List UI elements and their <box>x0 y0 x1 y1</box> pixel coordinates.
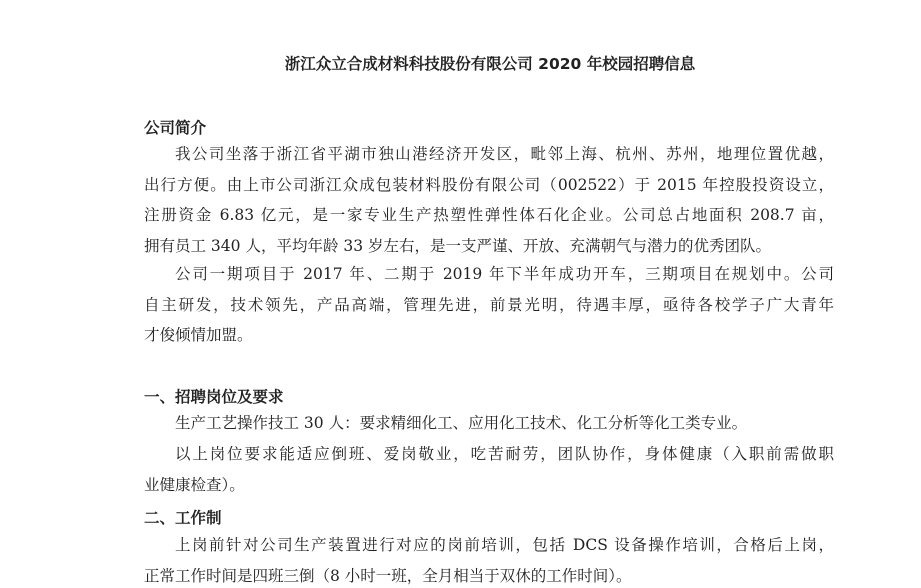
text-line: 才俊倾情加盟。 <box>144 320 834 351</box>
text-line: 自主研发，技术领先，产品高端，管理先进，前景光明，待遇丰厚，亟待各校学子广大青年 <box>144 290 834 321</box>
text-line: 注册资金 6.83 亿元，是一家专业生产热塑性弹性体石化企业。公司总占地面积 2… <box>144 200 834 231</box>
text-line: 我公司坐落于浙江省平湖市独山港经济开发区，毗邻上海、杭州、苏州，地理位置优越， <box>144 139 834 170</box>
text-line: 以上岗位要求能适应倒班、爱岗敬业，吃苦耐劳，团队协作，身体健康（入职前需做职 <box>144 439 834 470</box>
text-line: 正常工作时间是四班三倒（8 小时一班，全月相当于双休的工作时间）。 <box>144 561 834 588</box>
section-heading-work-schedule: 二、工作制 <box>144 506 222 528</box>
section-heading-positions: 一、招聘岗位及要求 <box>144 385 284 407</box>
paragraph-positions-2: 以上岗位要求能适应倒班、爱岗敬业，吃苦耐劳，团队协作，身体健康（入职前需做职 业… <box>144 439 834 500</box>
text-line: 生产工艺操作技工 30 人：要求精细化工、应用化工技术、化工分析等化工类专业。 <box>144 408 834 439</box>
paragraph-positions-1: 生产工艺操作技工 30 人：要求精细化工、应用化工技术、化工分析等化工类专业。 <box>144 408 834 439</box>
document-title: 浙江众立合成材料科技股份有限公司 2020 年校园招聘信息 <box>260 52 720 74</box>
text-line: 公司一期项目于 2017 年、二期于 2019 年下半年成功开车，三期项目在规划… <box>144 259 834 290</box>
paragraph-work-schedule-1: 上岗前针对公司生产装置进行对应的岗前培训，包括 DCS 设备操作培训，合格后上岗… <box>144 530 834 588</box>
paragraph-company-intro-1: 我公司坐落于浙江省平湖市独山港经济开发区，毗邻上海、杭州、苏州，地理位置优越， … <box>144 139 834 261</box>
text-line: 业健康检查）。 <box>144 470 834 501</box>
text-line: 上岗前针对公司生产装置进行对应的岗前培训，包括 DCS 设备操作培训，合格后上岗… <box>144 530 834 561</box>
text-line: 拥有员工 340 人，平均年龄 33 岁左右，是一支严谨、开放、充满朝气与潜力的… <box>144 231 834 262</box>
paragraph-company-intro-2: 公司一期项目于 2017 年、二期于 2019 年下半年成功开车，三期项目在规划… <box>144 259 834 351</box>
section-heading-company-intro: 公司简介 <box>144 116 206 138</box>
text-line: 出行方便。由上市公司浙江众成包装材料股份有限公司（002522）于 2015 年… <box>144 170 834 201</box>
